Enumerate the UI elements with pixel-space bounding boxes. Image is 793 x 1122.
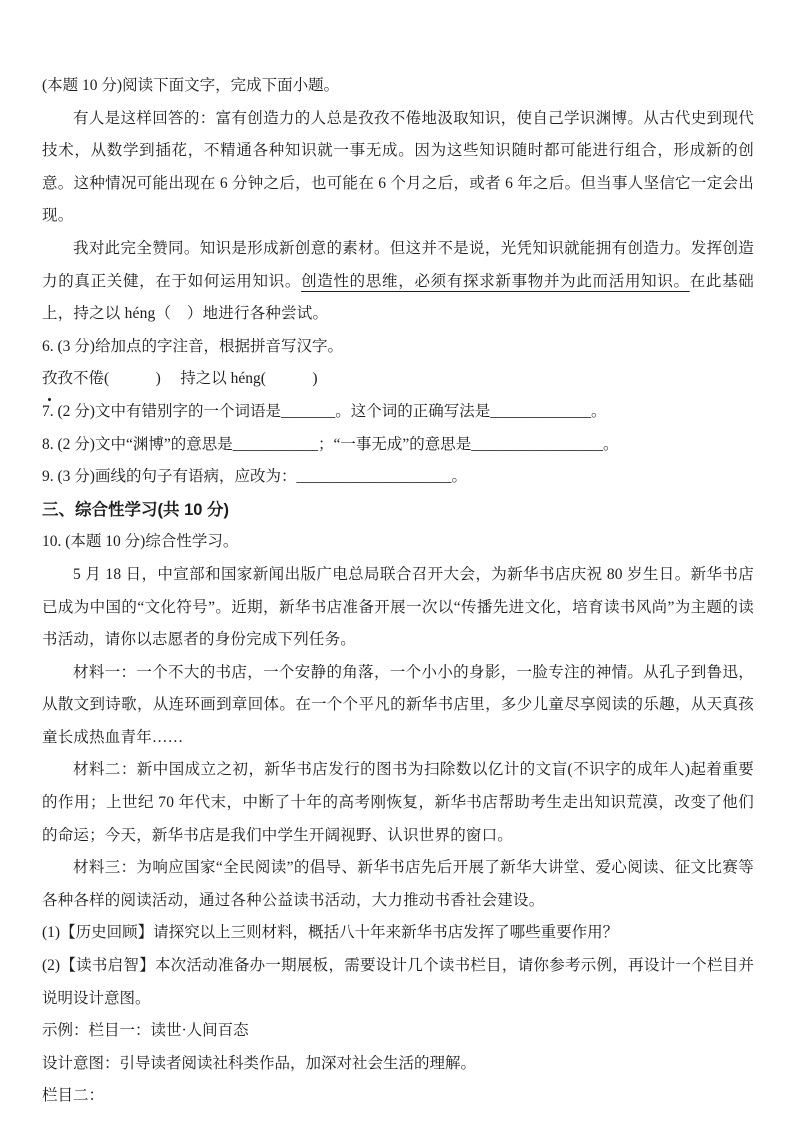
example-column-line: 示例：栏目一：读世·人间百态 (42, 1015, 754, 1048)
example-intent-line: 设计意图：引导读者阅读社科类作品，加深对社会生活的理解。 (42, 1048, 754, 1081)
passage-paragraph-2: 我对此完全赞同。知识是形成新创意的素材。但这并不是说，光凭知识就能拥有创造力。发… (42, 233, 754, 331)
question-10-part-1: (1)【历史回顾】请探究以上三则材料，概括八十年来新华书店发挥了哪些重要作用？ (42, 917, 754, 950)
question-10-intro-paragraph: 5 月 18 日，中宣部和国家新闻出版广电总局联合召开大会，为新华书店庆祝 80… (42, 559, 754, 657)
question-10-label: 10. (本题 10 分)综合性学习。 (42, 526, 754, 559)
blank-column-line: 栏目二： (42, 1080, 754, 1113)
section-heading: 三、综合性学习(共 10 分) (42, 494, 754, 527)
material-1-paragraph: 材料一：一个不大的书店，一个安静的角落，一个小小的身影，一脸专注的神情。从孔子到… (42, 657, 754, 755)
dotted-character: 孜 (42, 363, 58, 396)
question-8: 8. (2 分)文中“渊博”的意思是___________；“一事无成”的意思是… (42, 429, 754, 462)
underlined-sentence: 创造性的思维，必须有探求新事物并为此而活用知识。 (301, 273, 690, 290)
question-7: 7. (2 分)文中有错别字的一个词语是_______。这个词的正确写法是___… (42, 396, 754, 429)
material-3-paragraph: 材料三：为响应国家“全民阅读”的倡导、新华书店先后开展了新华大讲堂、爱心阅读、征… (42, 852, 754, 917)
exam-paper-page: (本题 10 分)阅读下面文字，完成下面小题。 有人是这样回答的：富有创造力的人… (0, 0, 793, 1122)
question-9: 9. (3 分)画线的句子有语病，应改为：___________________… (42, 461, 754, 494)
material-2-paragraph: 材料二：新中国成立之初，新华书店发行的图书为扫除数以亿计的文盲(不识字的成年人)… (42, 754, 754, 852)
question-6-label: 6. (3 分)给加点的字注音，根据拼音写汉字。 (42, 331, 754, 364)
passage-paragraph-1: 有人是这样回答的：富有创造力的人总是孜孜不倦地汲取知识，使自己学识渊博。从古代史… (42, 103, 754, 233)
question-10-part-2: (2)【读书启智】本次活动准备办一期展板，需要设计几个读书栏目，请你参考示例，再… (42, 950, 754, 1015)
reading-section-prompt: (本题 10 分)阅读下面文字，完成下面小题。 (42, 70, 754, 103)
question-6-answer-line: 孜孜不倦( ) 持之以 héng( ) (42, 363, 754, 396)
document-content: (本题 10 分)阅读下面文字，完成下面小题。 有人是这样回答的：富有创造力的人… (42, 70, 754, 1113)
question-6-answer-rest: 孜不倦( ) 持之以 héng( ) (58, 370, 318, 387)
